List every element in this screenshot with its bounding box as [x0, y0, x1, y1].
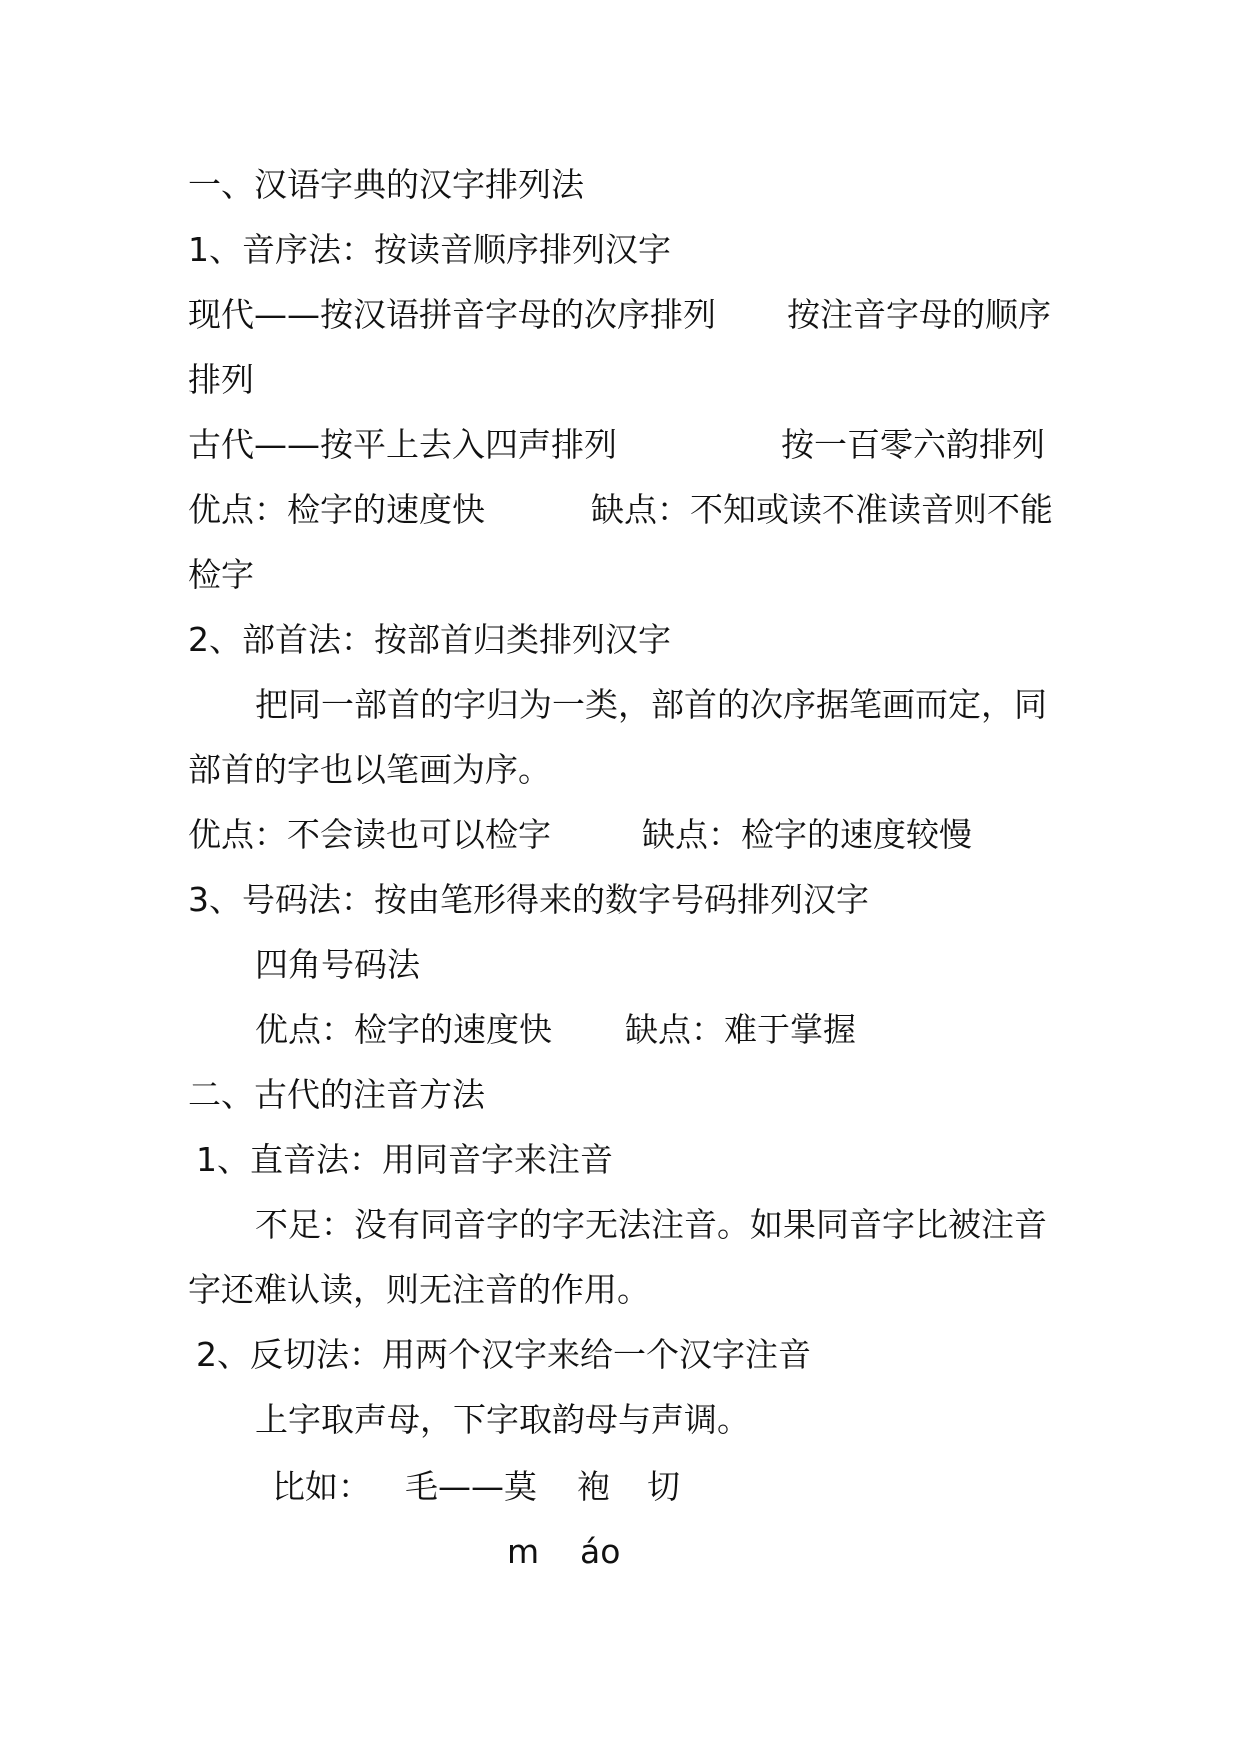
text-advantage: 优点：不会读也可以检字 [188, 815, 551, 855]
example-label: 比如： [272, 1467, 371, 1507]
example-pao: 袍 [577, 1467, 610, 1507]
text-continuation: 排列 [188, 360, 254, 400]
paragraph-shortcoming: 不足：没有同音字的字无法注音。如果同音字比被注音 [255, 1205, 1047, 1245]
subheading-phonetic-order: 1、音序法：按读音顺序排列汉字 [188, 230, 671, 270]
text-ancient-tones: 古代——按平上去入四声排列 [188, 425, 617, 465]
paragraph-radical-desc-cont: 部首的字也以笔画为序。 [188, 750, 551, 790]
paragraph-shortcoming-cont: 字还难认读，则无注音的作用。 [188, 1270, 650, 1310]
pinyin-final-ao: áo [580, 1532, 620, 1572]
subheading-fanqie: 2、反切法：用两个汉字来给一个汉字注音 [196, 1335, 811, 1375]
text-ancient-rhymes: 按一百零六韵排列 [781, 425, 1045, 465]
example-mao-mo: 毛——莫 [405, 1467, 537, 1507]
paragraph-radical-desc: 把同一部首的字归为一类，部首的次序据笔画而定，同 [255, 685, 1047, 725]
text-four-corner: 四角号码法 [255, 945, 420, 985]
document-page: 一、汉语字典的汉字排列法 1、音序法：按读音顺序排列汉字 现代——按汉语拼音字母… [0, 0, 1241, 1754]
subheading-radical-method: 2、部首法：按部首归类排列汉字 [188, 620, 671, 660]
subheading-number-method: 3、号码法：按由笔形得来的数字号码排列汉字 [188, 880, 869, 920]
text-modern-zhuyin: 按注音字母的顺序 [787, 295, 1051, 335]
heading-section-1: 一、汉语字典的汉字排列法 [188, 165, 584, 205]
text-disadvantage: 缺点：难于掌握 [625, 1010, 856, 1050]
example-qie: 切 [647, 1467, 680, 1507]
heading-section-2: 二、古代的注音方法 [188, 1075, 485, 1115]
text-advantage: 优点：检字的速度快 [188, 490, 485, 530]
text-advantage: 优点：检字的速度快 [255, 1010, 552, 1050]
text-modern-pinyin: 现代——按汉语拼音字母的次序排列 [188, 295, 716, 335]
text-disadvantage: 缺点：检字的速度较慢 [642, 815, 972, 855]
text-disadvantage: 缺点：不知或读不准读音则不能 [591, 490, 1053, 530]
text-fanqie-rule: 上字取声母，下字取韵母与声调。 [255, 1400, 750, 1440]
pinyin-initial-m: m [507, 1532, 539, 1572]
subheading-direct-sound: 1、直音法：用同音字来注音 [196, 1140, 613, 1180]
text-continuation: 检字 [188, 555, 254, 595]
